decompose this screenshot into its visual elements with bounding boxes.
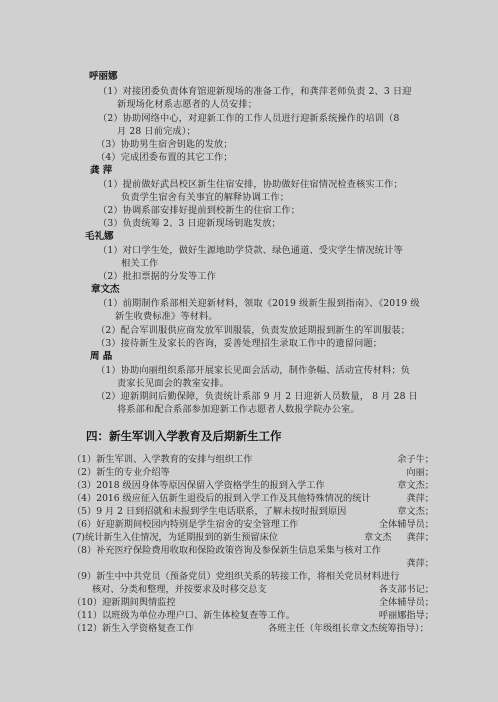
task-line: 新生收费标准》等材料。 xyxy=(115,308,218,322)
person-name: 龚 萍 xyxy=(90,162,112,176)
task-line: （1）对口学生处，做好生源地助学贷款、绿色通道、受灾学生情况统计等 xyxy=(98,242,403,256)
task-owner: 各支部书记； xyxy=(379,581,434,595)
task-line: （2）批扣票据的分发等工作 xyxy=(98,268,216,282)
task-owner: 呼丽娜指导； xyxy=(379,607,434,621)
task-line: 月 28 日前完成）； xyxy=(117,123,196,137)
person-name: 毛礼娜 xyxy=(85,228,114,242)
task-line: （3）接待新生及家长的咨询，妥善处理招生录取工作中的遗留问题； xyxy=(96,335,382,349)
section-heading: 四：新生军训入学教育及后期新生工作 xyxy=(86,428,282,444)
document-page: 呼丽娜 （1）对接团委负责体育馆迎新现场的准备工作，和龚萍老师负责 2、3 日迎… xyxy=(0,0,498,702)
task-line: （3）负责统筹 2、3 日迎新现场钥匙发放； xyxy=(98,215,281,229)
task-row: （11）以班级为单位办理户口、新生体检复查等工作。 呼丽娜指导； xyxy=(72,607,434,621)
task-line: 将系部和配合系部参加迎新工作志愿者人数报学院办公室。 xyxy=(117,401,360,415)
task-line: （2）协助网络中心，对迎新工作的工作人员进行迎新系统操作的培训（8 xyxy=(98,110,399,124)
task-line: （4）完成团委布置的其它工作； xyxy=(96,149,233,163)
task-line: （2）协调系部安排好提前到校新生的住宿工作； xyxy=(98,202,300,216)
task-owner: 龚萍； xyxy=(406,529,434,543)
task-row: （5）9 月 2 日到招就和未报到学生电话联系，了解未按时报到原因 章文杰； xyxy=(72,503,434,517)
task-row: 核对、分类和整理，并按要求及时移交总支 各支部书记； xyxy=(72,581,434,595)
task-owner: 章文杰； xyxy=(397,477,434,491)
task-owner: 向丽； xyxy=(406,464,434,478)
person-name: 周 晶 xyxy=(90,348,112,362)
task-line: 新现场化材系志愿者的人员安排； xyxy=(117,96,257,110)
task-line: （1）前期制作系部相关迎新材料，领取《2019 级新生报到指南》、《2019 级 xyxy=(98,295,420,309)
person-name: 呼丽娜 xyxy=(89,68,118,82)
task-line: （3）协助男生宿舍钥匙的发放； xyxy=(96,136,233,150)
task-coowner: 章文杰 xyxy=(364,529,392,543)
task-row: （4）2016 级应征入伍新生退役后的报到入学工作及其他特殊情况的统计 龚萍； xyxy=(72,490,434,504)
task-row: （9）新生中中共党员（预备党员）党组织关系的转接工作，将相关党员材料进行 xyxy=(72,568,434,582)
task-line: （2）配合军训服供应商发放军训服装，负责发放延期报到新生的军训服装； xyxy=(96,322,410,336)
task-owner: 余子牛； xyxy=(397,451,434,465)
task-line: （1）对接团委负责体育馆迎新现场的准备工作，和龚萍老师负责 2、3 日迎 xyxy=(98,83,412,97)
task-line: 相关工作 xyxy=(121,255,158,269)
task-coowner: 各班主任（年级组长章文杰统筹指导）； xyxy=(268,620,429,634)
task-owner: 章文杰； xyxy=(397,503,434,517)
task-row: （10）迎新期间舆情监控 全体辅导员； xyxy=(72,594,434,608)
task-text: （8）补充医疗保险费用收取和保险政策咨询及参保新生信息采集与核对工作 xyxy=(72,545,381,556)
task-row: (7)统计新生入住情况，为延期报到的新生预留床位 章文杰 龚萍； xyxy=(72,529,434,543)
task-line: （2）迎新期间后勤保障，负责统计系部 9 月 2 日迎新人员数量， 8 月 28… xyxy=(96,388,418,402)
task-owner: 全体辅导员； xyxy=(379,594,434,608)
task-owner: 龚萍； xyxy=(406,555,434,569)
task-owner: 全体辅导员； xyxy=(379,516,434,530)
task-line: （1）提前做好武昌校区新生住宿安排，协助做好住宿情况检查核实工作； xyxy=(98,176,403,190)
task-row: （2）新生的专业介绍等 向丽； xyxy=(72,464,434,478)
task-text: （12）新生入学资格复查工作 xyxy=(72,623,194,634)
task-line: （1）协助向丽组织系部开展家长见面会活动，制作条幅、活动宣传材料；负 xyxy=(96,362,410,376)
task-row: （8）补充医疗保险费用收取和保险政策咨询及参保新生信息采集与核对工作 xyxy=(72,542,434,556)
person-name: 章文杰 xyxy=(91,281,120,295)
task-row: （3）2018 级因身体等原因保留入学资格学生的报到入学工作 章文杰； xyxy=(72,477,434,491)
task-line: 责家长见面会的教室安排。 xyxy=(117,375,229,389)
task-line: 负责学生宿舍有关事宜的解释协调工作； xyxy=(121,189,289,203)
task-owner: 龚萍； xyxy=(406,490,434,504)
task-row: （6）好迎新期间校园内特别是学生宿舍的安全管理工作 全体辅导员； xyxy=(72,516,434,530)
task-row: （12）新生入学资格复查工作 各班主任（年级组长章文杰统筹指导）； xyxy=(72,620,434,634)
task-row: （1）新生军训、入学教育的安排与组织工作 余子牛； xyxy=(72,451,434,465)
